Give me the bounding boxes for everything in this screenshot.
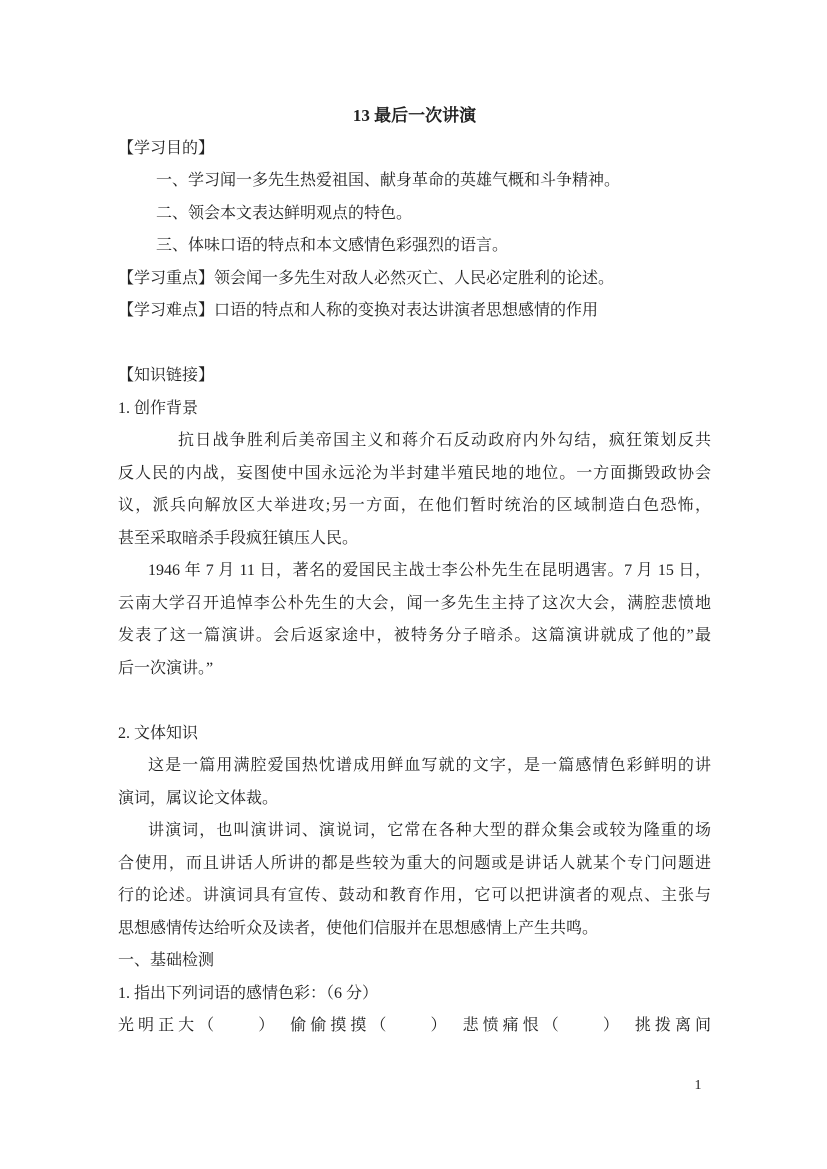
question-1: 1. 指出下列词语的感情色彩：（6 分） — [118, 978, 711, 1011]
background-p2-line-3: 发表了这一篇演讲。会后返家途中，被特务分子暗杀。这篇演讲就成了他的”最 — [118, 620, 711, 653]
background-p2-line-2: 云南大学召开追悼李公朴先生的大会，闻一多先生主持了这次大会，满腔悲愤地 — [118, 588, 711, 621]
document-body: 13 最后一次讲演 【学习目的】 一、学习闻一多先生热爱祖国、献身革命的英雄气概… — [118, 100, 711, 1043]
difficult-point-line: 【学习难点】口语的特点和人称的变换对表达讲演者思想感情的作用 — [118, 295, 711, 328]
genre-p2-line-4: 思想感情传达给听众及读者，使他们信服并在思想感情上产生共鸣。 — [118, 913, 711, 946]
objectives-header: 【学习目的】 — [118, 133, 711, 166]
document-page: 13 最后一次讲演 【学习目的】 一、学习闻一多先生热爱祖国、献身革命的英雄气概… — [0, 0, 827, 1169]
background-p1-line-2: 反人民的内战，妄图使中国永远沦为半封建半殖民地的地位。一方面撕毁政协会 — [118, 458, 711, 491]
background-p1-line-3: 议，派兵向解放区大举进攻;另一方面，在他们暂时统治的区域制造白色恐怖， — [118, 490, 711, 523]
background-section-header: 1. 创作背景 — [118, 393, 711, 426]
basic-test-header: 一、基础检测 — [118, 945, 711, 978]
document-title: 13 最后一次讲演 — [118, 100, 711, 133]
genre-p1-line-1: 这是一篇用满腔爱国热忱谱成用鲜血写就的文字，是一篇感情色彩鲜明的讲 — [118, 750, 711, 783]
objective-1: 一、学习闻一多先生热爱祖国、献身革命的英雄气概和斗争精神。 — [118, 165, 711, 198]
genre-p1-line-2: 演词，属议论文体裁。 — [118, 783, 711, 816]
question-1-words: 光明正大（ ） 偷偷摸摸（ ） 悲愤痛恨（ ） 挑拨离间 — [118, 1010, 711, 1043]
objective-3: 三、体味口语的特点和本文感情色彩强烈的语言。 — [118, 230, 711, 263]
objective-2: 二、领会本文表达鲜明观点的特色。 — [118, 198, 711, 231]
genre-p2-line-3: 行的论述。讲演词具有宣传、鼓动和教育作用，它可以把讲演者的观点、主张与 — [118, 880, 711, 913]
page-number: 1 — [688, 1076, 708, 1096]
blank-line — [118, 685, 711, 718]
key-point-line: 【学习重点】领会闻一多先生对敌人必然灭亡、人民必定胜利的论述。 — [118, 263, 711, 296]
genre-p2-line-1: 讲演词，也叫演讲词、演说词，它常在各种大型的群众集会或较为隆重的场 — [118, 815, 711, 848]
background-p1-line-1: 抗日战争胜利后美帝国主义和蒋介石反动政府内外勾结，疯狂策划反共 — [118, 425, 711, 458]
background-p2-line-1: 1946 年 7 月 11 日，著名的爱国民主战士李公朴先生在昆明遇害。7 月 … — [118, 555, 711, 588]
blank-line — [118, 328, 711, 361]
background-p2-line-4: 后一次演讲。” — [118, 653, 711, 686]
background-p1-line-4: 甚至采取暗杀手段疯狂镇压人民。 — [118, 523, 711, 556]
genre-p2-line-2: 合使用，而且讲话人所讲的都是些较为重大的问题或是讲话人就某个专门问题进 — [118, 848, 711, 881]
genre-section-header: 2. 文体知识 — [118, 718, 711, 751]
knowledge-links-header: 【知识链接】 — [118, 360, 711, 393]
